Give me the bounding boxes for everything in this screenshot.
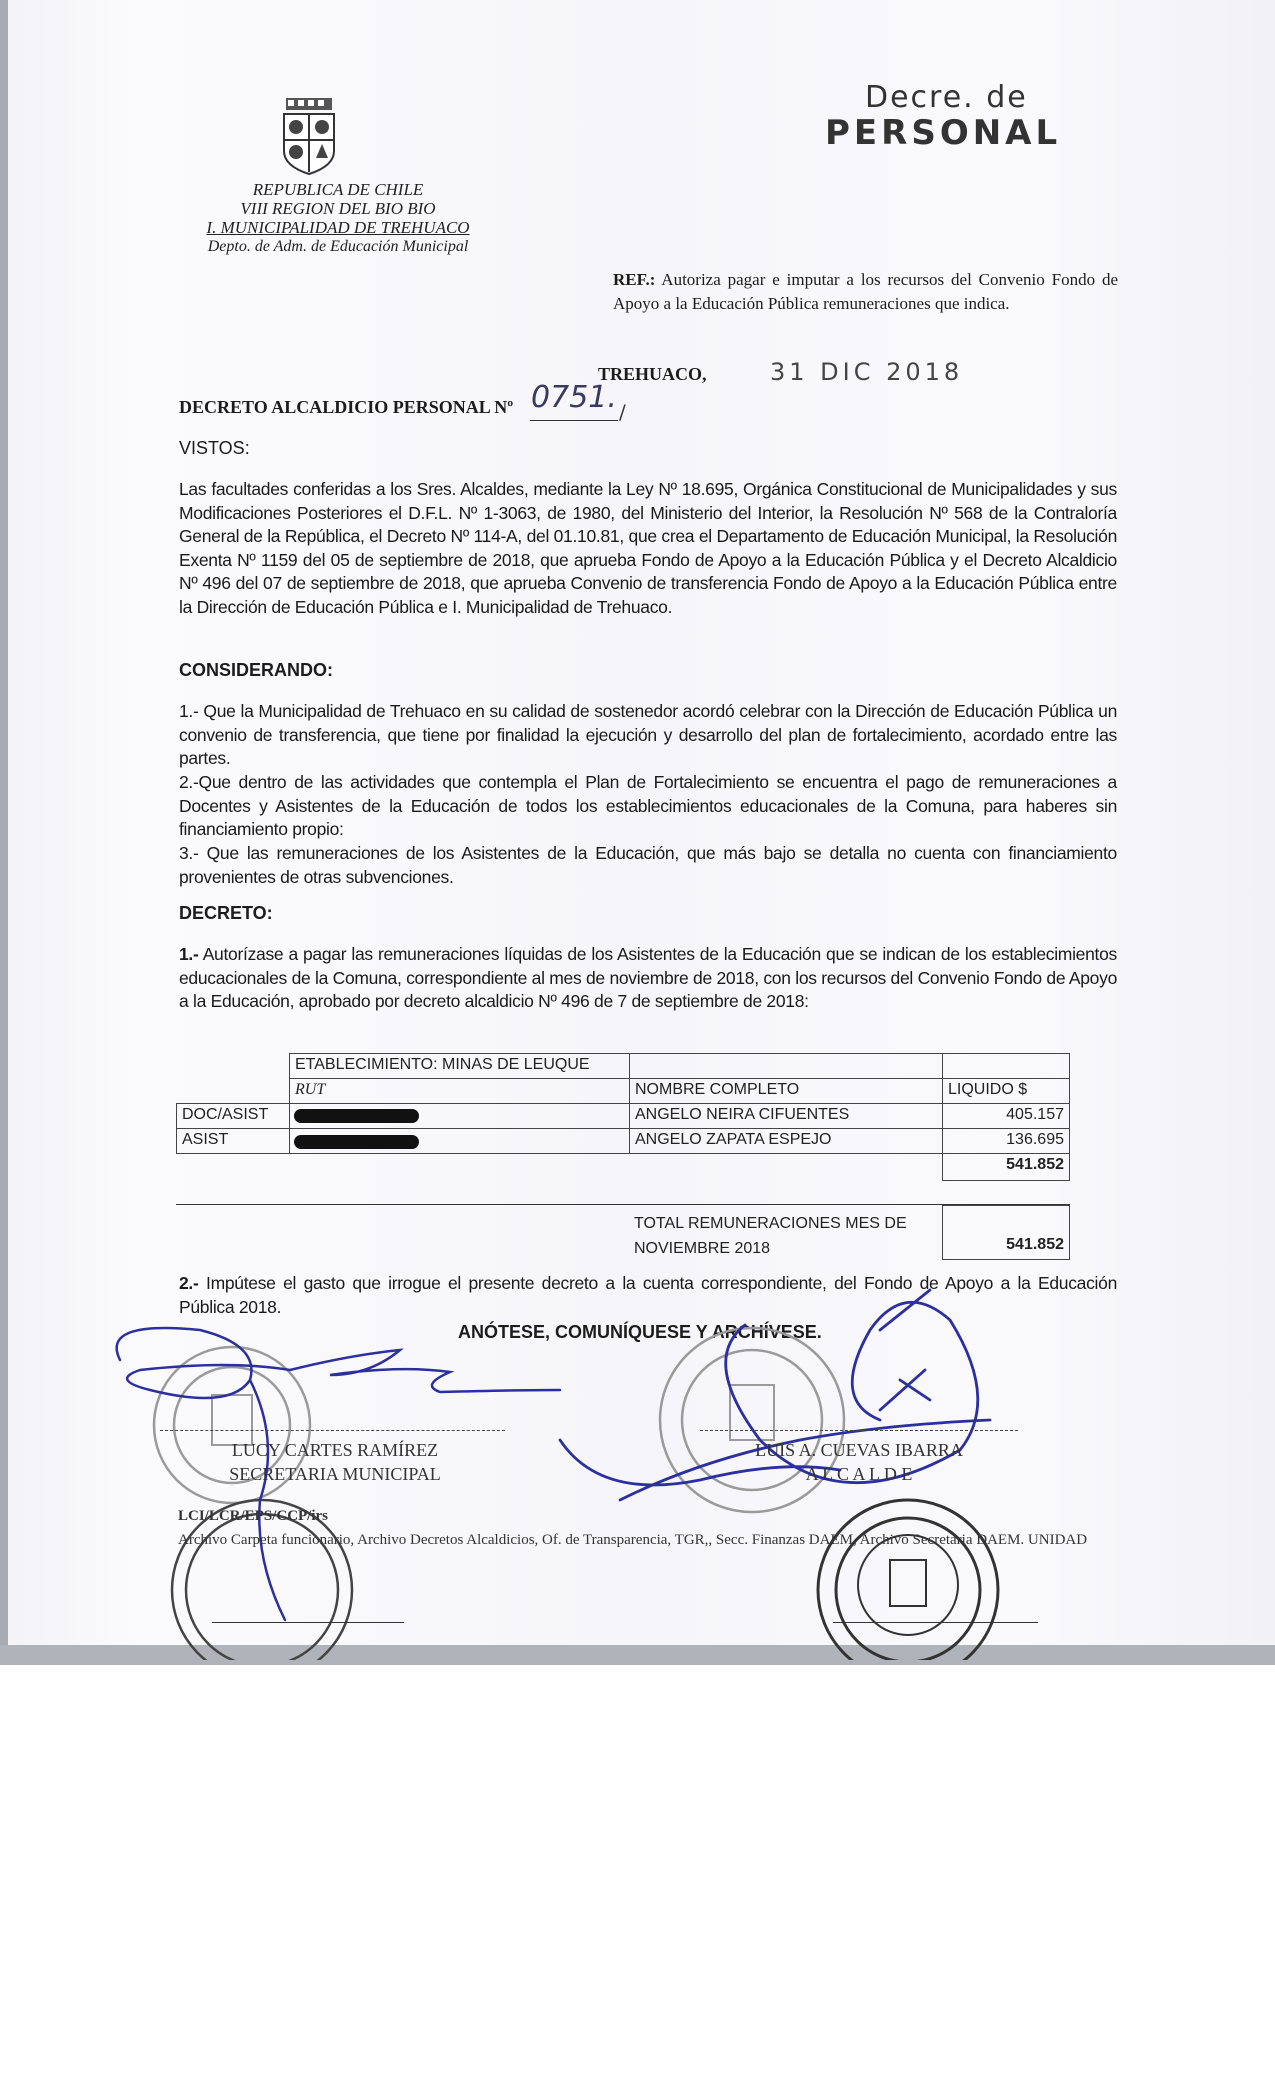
scan-edge-left [0,0,8,1660]
establishment-cell: ETABLECIMIENTO: MINAS DE LEUQUE [289,1053,630,1079]
rut-cell [289,1103,630,1129]
stamp-line-left [212,1622,404,1623]
redaction-mark [294,1109,419,1123]
decree-type-stamp: Decre. de PERSONAL [825,80,1061,153]
date-stamp: 31 DIC 2018 [770,358,963,386]
decreto-item-1-number: 1.- [179,944,199,964]
drafter-initials: LCI/LCR/EPS/CCP/irs [178,1508,328,1525]
total-cell: 541.852 [942,1205,1070,1260]
letterhead: REPUBLICA DE CHILE VIII REGION DEL BIO B… [178,180,498,256]
signatory-right-title: A L C A L D E [700,1462,1018,1486]
role-cell: ASIST [176,1128,290,1154]
decreto-item-2-text: Impútese el gasto que irrogue el present… [179,1273,1117,1317]
blank-header-cell [942,1053,1070,1079]
vistos-label: VISTOS: [179,438,250,459]
decreto-item-1-text: Autorízase a pagar las remuneraciones lí… [179,944,1117,1011]
amount-cell: 136.695 [942,1128,1070,1154]
distribution-list: Archivo Carpeta funcionario, Archivo Dec… [178,1530,1118,1550]
signature-block-right: LUIS A. CUEVAS IBARRA A L C A L D E [700,1438,1018,1486]
letterhead-line-4: Depto. de Adm. de Educación Municipal [178,237,498,256]
stamp-line-1: Decre. de [865,80,1061,115]
decree-title: DECRETO ALCALDICIO PERSONAL Nº [179,397,513,418]
signatory-left-title: SECRETARIA MUNICIPAL [145,1462,525,1486]
amount-header: LIQUIDO $ [942,1078,1070,1104]
ref-label: REF.: [613,270,655,289]
amount-cell: 405.157 [942,1103,1070,1129]
rut-cell [289,1128,630,1154]
table-divider [176,1204,1070,1205]
closing-formula: ANÓTESE, COMUNÍQUESE Y ARCHÍVESE. [458,1322,822,1343]
subtotal-cell: 541.852 [942,1153,1070,1181]
decree-number-slash: / [619,400,626,424]
total-label-line-1: TOTAL REMUNERACIONES MES DE [634,1211,934,1236]
total-label-line-2: NOVIEMBRE 2018 [634,1236,934,1261]
letterhead-line-3: I. MUNICIPALIDAD DE TREHUACO [178,218,498,237]
decreto-item-2-number: 2.- [179,1273,199,1293]
signatory-left-name: LUCY CARTES RAMÍREZ [145,1438,525,1462]
considerando-item-2: 2.-Que dentro de las actividades que con… [179,771,1117,842]
signature-block-left: LUCY CARTES RAMÍREZ SECRETARIA MUNICIPAL [145,1438,525,1486]
considerando-label: CONSIDERANDO: [179,660,333,681]
signature-line-right [700,1430,1018,1431]
stamp-line-2: PERSONAL [825,113,1061,153]
decreto-item-1: 1.- Autorízase a pagar las remuneracione… [179,943,1117,1014]
signatory-right-name: LUIS A. CUEVAS IBARRA [700,1438,1018,1462]
decree-number: 0751. [530,380,618,421]
considerando-item-3: 3.- Que las remuneraciones de los Asiste… [179,842,1117,889]
name-cell: ANGELO NEIRA CIFUENTES [629,1103,943,1129]
name-header: NOMBRE COMPLETO [629,1078,943,1104]
ref-text: Autoriza pagar e imputar a los recursos … [613,270,1118,313]
blank-header-cell [629,1053,943,1079]
letterhead-line-1: REPUBLICA DE CHILE [178,180,498,199]
stamp-line-right [833,1622,1038,1623]
total-label: TOTAL REMUNERACIONES MES DE NOVIEMBRE 20… [629,1209,939,1263]
role-cell: DOC/ASIST [176,1103,290,1129]
name-cell: ANGELO ZAPATA ESPEJO [629,1128,943,1154]
coat-of-arms-icon [278,96,340,176]
scan-edge-bottom [0,1645,1275,1665]
reference-block: REF.: Autoriza pagar e imputar a los rec… [613,268,1118,316]
considerando-item-1: 1.- Que la Municipalidad de Trehuaco en … [179,700,1117,771]
vistos-text: Las facultades conferidas a los Sres. Al… [179,478,1117,619]
rut-header: RUT [289,1078,630,1104]
signature-line-left [160,1430,505,1431]
letterhead-line-2: VIII REGION DEL BIO BIO [178,199,498,218]
decreto-label: DECRETO: [179,903,273,924]
redaction-mark [294,1135,419,1149]
decreto-item-2: 2.- Impútese el gasto que irrogue el pre… [179,1272,1117,1319]
